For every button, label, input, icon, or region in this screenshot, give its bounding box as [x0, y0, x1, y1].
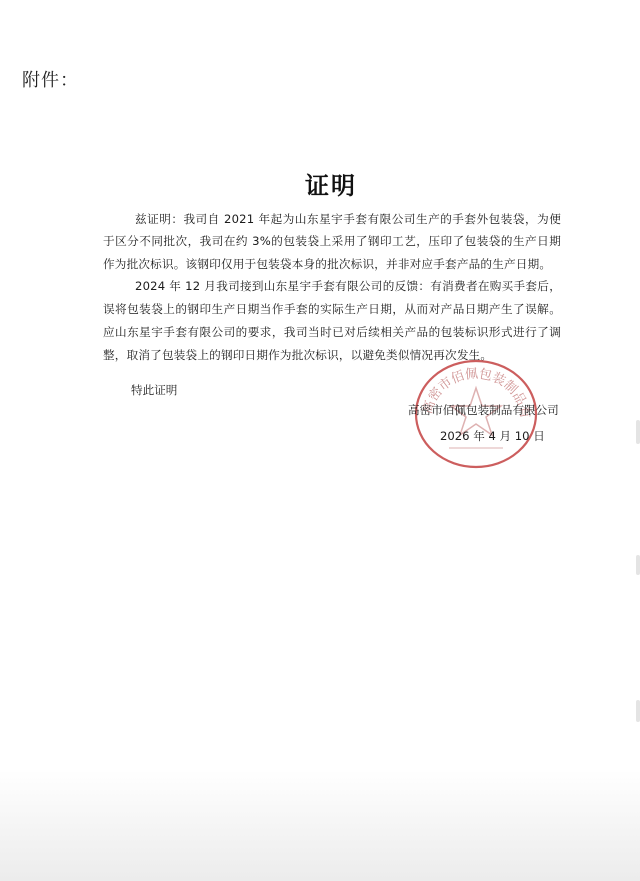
closing-statement: 特此证明	[131, 382, 177, 398]
paragraph-2: 2024 年 12 月我司接到山东星宇手套有限公司的反馈：有消费者在购买手套后，…	[103, 275, 561, 368]
signature-date: 2026 年 4 月 10 日	[440, 428, 545, 444]
paragraph-1: 兹证明：我司自 2021 年起为山东星宇手套有限公司生产的手套外包装袋，为便于区…	[103, 208, 561, 276]
page-edge-shadow	[636, 700, 640, 722]
attachment-label: 附件：	[22, 66, 79, 92]
page-title: 证明	[0, 166, 640, 201]
signature-company: 高密市佰佩包装制品有限公司	[408, 402, 559, 418]
page-edge-shadow	[636, 555, 640, 575]
page-edge-shadow	[636, 420, 640, 444]
